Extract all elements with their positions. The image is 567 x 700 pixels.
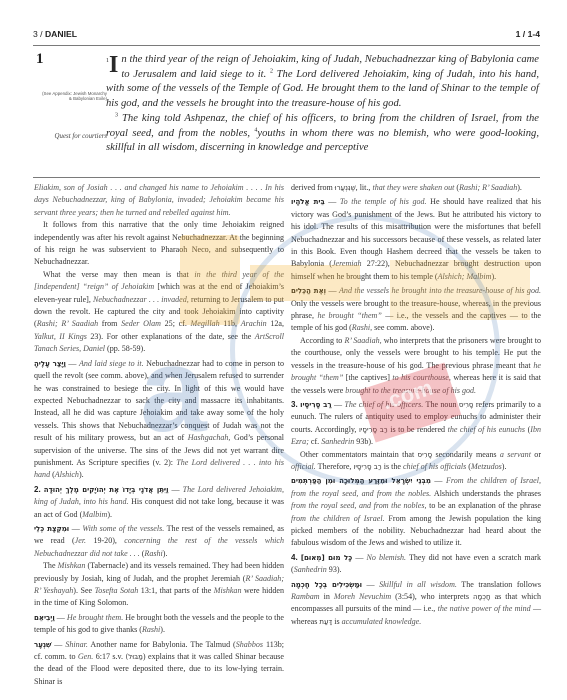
italic-text: Mishkan [58, 561, 86, 570]
text: Another name for Babylonia. The Talmud ( [88, 640, 236, 649]
text: He should have realized that his victory… [291, 197, 541, 268]
hebrew-word: רַב סָרִיסָיו [359, 426, 388, 434]
commentary-entry: וַיָּצַר עָלֶיהָ — And laid siege to it.… [34, 358, 284, 482]
citation: Rashi; R’ Saadiah [459, 183, 517, 192]
dash: — [325, 197, 340, 206]
top-divider [33, 45, 540, 46]
commentary-entry: וַיְבִיאֵם — He brought them. He brought… [34, 612, 284, 637]
hebrew-lemma: וְאֶת הַכֵּלִים [291, 287, 326, 295]
italic-text: that they were shaken out [372, 183, 454, 192]
italic-text: chief of his officials [403, 462, 466, 471]
verse-number-2: 2 [270, 68, 273, 74]
citation: Rashi [142, 625, 160, 634]
dash: — [332, 400, 345, 409]
text: or [531, 450, 541, 459]
citation: Shabbos [236, 640, 263, 649]
text: ). [491, 272, 496, 281]
lemma-translation: To the temple of his god. [340, 197, 427, 206]
text: see comm. above). [372, 323, 434, 332]
text: 93). [327, 565, 342, 574]
verse-number-3: 3 [115, 112, 118, 118]
hebrew-lemma: וַיְבִיאֵם [34, 614, 55, 622]
text: Nebuchadnezzar had to come in person to … [34, 359, 284, 442]
commentary-paragraph: It follows from this narrative that the … [34, 219, 284, 269]
text: ). [107, 510, 112, 519]
hebrew-word: סָרִיס [418, 451, 433, 459]
hebrew-word: רַב סָרִיסָיו [353, 463, 381, 471]
text: 23). For other explanations of the date,… [87, 332, 255, 341]
citation: Tosefta Sotah [95, 586, 139, 595]
citation: Gen. [78, 652, 93, 661]
hebrew-lemma: רַב סָרִיסָיו [300, 401, 332, 409]
margin-note-quest: Quest for courtiers [40, 132, 107, 142]
citation: Sanhedrin [294, 565, 327, 574]
text: ). [160, 625, 165, 634]
italic-text: accumulated knowledge. [342, 617, 422, 626]
citation: Moreh Nevuchim [334, 592, 391, 601]
commentary-entry: בֵּית אֱלֹהָיו — To the temple of his go… [291, 196, 541, 283]
verse-ref-number: 3. [291, 400, 298, 409]
text: What the verse may then mean is that [43, 270, 194, 279]
text: According to [300, 336, 344, 345]
lemma-translation: And laid siege to it. [79, 359, 144, 368]
margin-note-appendix: (See Appendix: Jewish Monarchy & Babylon… [40, 91, 107, 102]
verse-3-4: 3 The king told Ashpenaz, the chief of h… [106, 112, 539, 156]
citation: Rambam [291, 592, 320, 601]
verse-ref-number: 4. [291, 553, 298, 562]
commentary-paragraph: What the verse may then mean is that in … [34, 269, 284, 356]
hebrew-lemma: וַיָּצַר עָלֶיהָ [34, 360, 66, 368]
citation: Jer. [75, 536, 86, 545]
text: The [43, 561, 58, 570]
commentary-entry: שִׁנְעָר — Shinar. Another name for Baby… [34, 639, 284, 689]
italic-text: from the children of Israel. [291, 514, 385, 523]
italic-text: Nebuchadnezzar . . . invaded, [93, 295, 189, 304]
citation: Rashi, [352, 323, 372, 332]
hebrew-lemma: וּמִקְצָת כְּלֵי [34, 525, 69, 533]
text: 93b). [354, 437, 373, 446]
lemma-translation: Skillful in all wisdom. [379, 580, 457, 589]
text: ). [517, 183, 522, 192]
lemma-translation: With some of the vessels. [82, 524, 164, 533]
book-page: 3 / DANIEL 1 / 1-4 1 (See Appendix: Jewi… [0, 0, 567, 700]
verse-1-2: 1In the third year of the reign of Jehoi… [106, 53, 539, 112]
commentary-column-left: Eliakim, son of Josiah . . . and changed… [34, 182, 284, 688]
text: is [332, 617, 341, 626]
text: 13:1, that parts of the [138, 586, 213, 595]
lemma-translation: And the vessels he brought into the trea… [339, 286, 541, 295]
dash: — [55, 613, 67, 622]
citation: Rashi [144, 549, 162, 558]
text: 19-20), [86, 536, 124, 545]
text: ). [502, 462, 507, 471]
citation: Seder Olam [121, 319, 161, 328]
italic-text: to his courthouse, [392, 373, 450, 382]
text: Alshich understands the phrases [431, 489, 541, 498]
chapter-number: 1 [36, 51, 44, 68]
citation: Rashi; R’ Saadiah [37, 319, 98, 328]
citation: Alshich [55, 470, 79, 479]
italic-text: the chief of his eunuchs [448, 425, 525, 434]
hebrew-lemma: וּמַשְׂכִּילִים בְּכָל חָכְמָה [291, 581, 362, 589]
citation: Malbim [82, 510, 107, 519]
text: derived from [291, 183, 335, 192]
text: is to be rendered [388, 425, 448, 434]
running-head: 3 / DANIEL 1 / 1-4 [33, 29, 540, 43]
separator: / [38, 29, 45, 39]
text: The translation follows [457, 580, 541, 589]
citation: Alshich; Malbim [438, 272, 492, 281]
text: ). See [73, 586, 94, 595]
text: 11b, [220, 319, 241, 328]
text: is the [382, 462, 403, 471]
italic-text: official. [291, 462, 316, 471]
verse-ref-number: 2. [34, 485, 41, 494]
commentary-divider [33, 177, 540, 178]
citation: Sanhedrin [321, 437, 354, 446]
scripture-text: 1In the third year of the reign of Jehoi… [106, 53, 539, 156]
italic-text: Hashgachah, [188, 433, 231, 442]
text: The noun [423, 400, 459, 409]
text: 6:17 s.v. [93, 652, 125, 661]
hebrew-lemma: וַיִּתֵּן אֲדֹנָי בְּיָדוֹ אֶת יְהוֹיָקִ… [44, 486, 169, 494]
drop-cap: I [109, 55, 118, 75]
italic-text: a servant [500, 450, 531, 459]
text: (3:54), who interprets [391, 592, 473, 601]
citation: R’ Saadiah, [344, 336, 381, 345]
hebrew-word: דַּעַת [319, 618, 332, 626]
commentary-entry: וּמַשְׂכִּילִים בְּכָל חָכְמָה — Skillfu… [291, 579, 541, 629]
text: , lit., [356, 183, 373, 192]
italic-text: brought to the treasure-house of his god… [345, 386, 476, 395]
running-head-left: 3 / DANIEL [33, 29, 77, 43]
quote-text: Eliakim, son of Josiah . . . and changed… [34, 183, 284, 217]
dash: — [362, 580, 379, 589]
commentary-paragraph: derived from שֶׁנִּנְעֲרוּ, lit., that t… [291, 182, 541, 194]
hebrew-lemma: כָּל מוּם [מְאוּם] [301, 554, 352, 562]
commentary-paragraph: According to R’ Saadiah, who interprets … [291, 335, 541, 397]
chapter-verse-range: 1 / 1-4 [516, 29, 540, 43]
book-title: DANIEL [45, 29, 77, 39]
text: ). [163, 549, 168, 558]
commentary-entry: 4. כָּל מוּם [מְאוּם] — No blemish. They… [291, 552, 541, 577]
hebrew-lemma: בֵּית אֱלֹהָיו [291, 198, 325, 206]
italic-text: he brought “them” [317, 311, 381, 320]
hebrew-word: סָרִיס [459, 401, 474, 409]
text: 25; cf. [161, 319, 191, 328]
citation: Megillah [191, 319, 220, 328]
commentary-entry: מִבְּנֵי יִשְׂרָאֵל וּמִזֶּרַע הַמְּלוּכ… [291, 475, 541, 549]
text: secondarily means [432, 450, 500, 459]
hebrew-lemma: מִבְּנֵי יִשְׂרָאֵל וּמִזֶּרַע הַמְּלוּכ… [291, 477, 431, 485]
text: (pp. 58-59). [105, 344, 145, 353]
commentary-column-right: derived from שֶׁנִּנְעֲרוּ, lit., that t… [291, 182, 541, 628]
text: in [320, 592, 334, 601]
text: from [98, 319, 121, 328]
dash: — [168, 485, 182, 494]
hebrew-word: חָכְמָה [473, 593, 491, 601]
dash: — [51, 640, 65, 649]
commentary-entry: וְאֶת הַכֵּלִים — And the vessels he bro… [291, 285, 541, 335]
dash: — [326, 286, 339, 295]
commentary-entry: וּמִקְצָת כְּלֵי — With some of the vess… [34, 523, 284, 560]
italic-text: the native power of the mind [438, 604, 531, 613]
italic-text: from the royal seed, and from the nobles… [291, 501, 427, 510]
citation: Yalkut, II Kings [34, 332, 87, 341]
citation: Metzudos [471, 462, 502, 471]
hebrew-word: (מַבּוּל [125, 653, 142, 661]
hebrew-word: שֶׁנִּנְעֲרוּ [335, 184, 356, 192]
text: Therefore, [316, 462, 354, 471]
commentary-paragraph: Other commentators maintain that סָרִיס … [291, 449, 541, 474]
lemma-translation: He brought them. [67, 613, 123, 622]
dash: — [352, 553, 366, 562]
hebrew-lemma: שִׁנְעָר [34, 641, 51, 649]
text: to be an explanation of the phrase [427, 501, 541, 510]
citation: Arachin [241, 319, 267, 328]
text: cf. [309, 437, 321, 446]
commentary-paragraph: Eliakim, son of Josiah . . . and changed… [34, 182, 284, 219]
dash: — [66, 359, 79, 368]
dash: — [431, 476, 446, 485]
dash: — [69, 524, 82, 533]
commentary-paragraph: The Mishkan (Tabernacle) and its vessels… [34, 560, 284, 610]
citation: Jeremiah [332, 259, 362, 268]
lemma-translation: No blemish. [366, 553, 406, 562]
lemma-translation: The chief of his officers. [344, 400, 423, 409]
commentary-entry: 3. רַב סָרִיסָיו — The chief of his offi… [291, 399, 541, 449]
italic-text: Mishkan [214, 586, 242, 595]
text: 12a, [267, 319, 284, 328]
text: [the captives] [343, 373, 392, 382]
lemma-translation: Shinar. [65, 640, 88, 649]
text: Other commentators maintain that [300, 450, 418, 459]
commentary-entry: 2. וַיִּתֵּן אֲדֹנָי בְּיָדוֹ אֶת יְהוֹי… [34, 484, 284, 521]
text: ). [79, 470, 84, 479]
